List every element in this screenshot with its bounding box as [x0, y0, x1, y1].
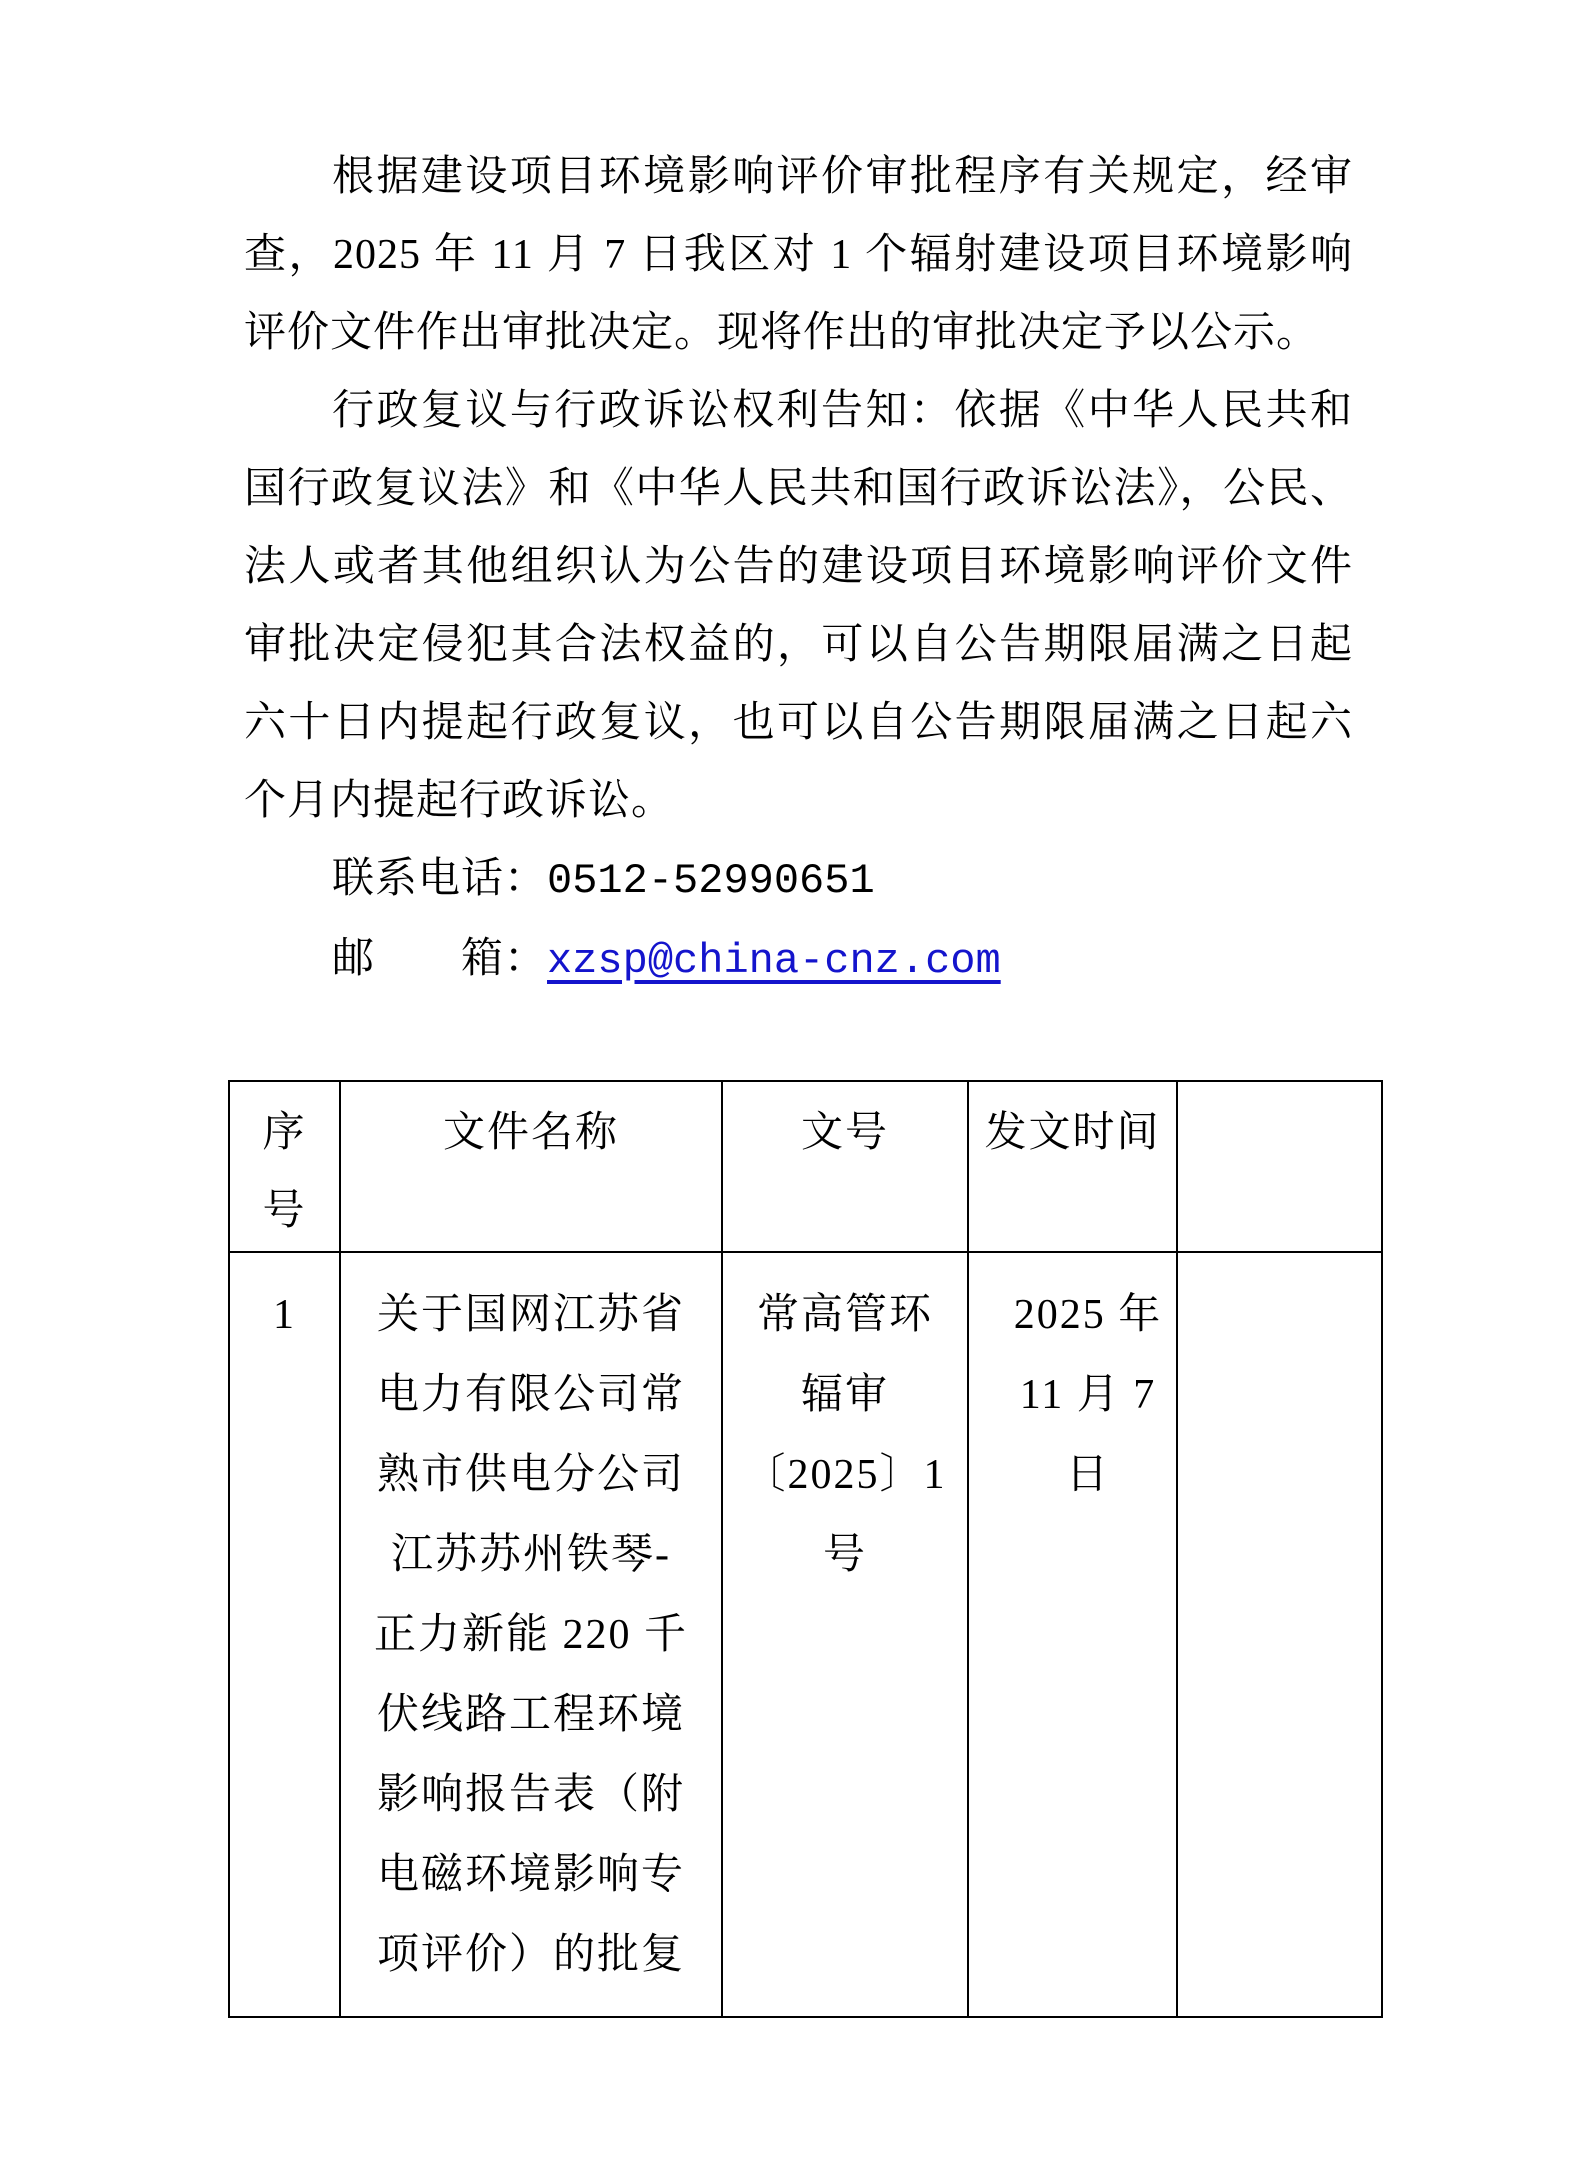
paragraph-approval-announcement: 根据建设项目环境影响评价审批程序有关规定，经审查，2025 年 11 月 7 日…: [228, 138, 1381, 372]
paragraph-legal-rights-notice: 行政复议与行政诉讼权利告知：依据《中华人民共和国行政复议法》和《中华人民共和国行…: [228, 372, 1381, 840]
cell-empty: [1177, 1252, 1382, 2017]
document-content: 根据建设项目环境影响评价审批程序有关规定，经审查，2025 年 11 月 7 日…: [228, 138, 1381, 2018]
contact-email-line: 邮 箱：xzsp@china-cnz.com: [228, 920, 1381, 1000]
cell-issue-date: 2025 年 11 月 7 日: [968, 1252, 1177, 2017]
table-header-row: 序号 文件名称 文号 发文时间: [229, 1081, 1382, 1252]
header-serial-number: 序号: [229, 1081, 340, 1252]
table-row: 1 关于国网江苏省 电力有限公司常 熟市供电分公司 江苏苏州铁琴- 正力新能 2…: [229, 1252, 1382, 2017]
header-issue-date: 发文时间: [968, 1081, 1177, 1252]
cell-doc-number: 常高管环 辐审 〔2025〕1 号: [722, 1252, 968, 2017]
phone-label: 联系电话：: [332, 856, 547, 902]
document-page: 根据建设项目环境影响评价审批程序有关规定，经审查，2025 年 11 月 7 日…: [0, 0, 1587, 2164]
contact-phone-line: 联系电话：0512-52990651: [228, 840, 1381, 920]
email-link[interactable]: xzsp@china-cnz.com: [547, 937, 1001, 985]
header-doc-number: 文号: [722, 1081, 968, 1252]
approval-table: 序号 文件名称 文号 发文时间 1 关于国网江苏省 电力有限公司常 熟市供电分公…: [228, 1080, 1383, 2018]
email-label: 邮 箱：: [332, 936, 547, 982]
cell-serial-number: 1: [229, 1252, 340, 2017]
header-file-name: 文件名称: [340, 1081, 722, 1252]
header-empty: [1177, 1081, 1382, 1252]
phone-number: 0512-52990651: [547, 857, 875, 905]
cell-file-name: 关于国网江苏省 电力有限公司常 熟市供电分公司 江苏苏州铁琴- 正力新能 220…: [340, 1252, 722, 2017]
